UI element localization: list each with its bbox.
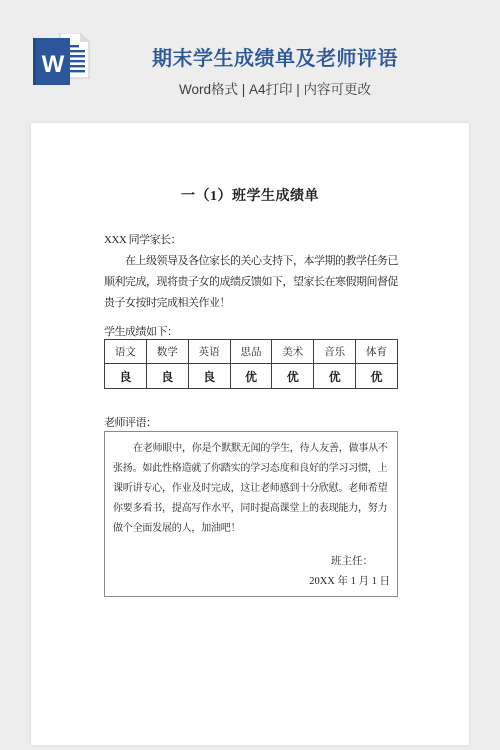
grade-value-cell: 优: [356, 364, 398, 389]
grade-value-cell: 优: [314, 364, 356, 389]
salutation: XXX 同学家长：: [104, 230, 398, 251]
document-page: 一（1）班学生成绩单 XXX 同学家长： 在上级领导及各位家长的关心支持下，本学…: [31, 123, 469, 745]
grades-value-row: 良 良 良 优 优 优 优: [105, 364, 398, 389]
grades-table: 语文 数学 英语 思品 美术 音乐 体育 良 良 良 优 优 优 优: [104, 339, 398, 389]
grades-header-cell: 语文: [105, 340, 147, 364]
word-icon: W: [33, 33, 91, 85]
format-info: Word格式 | A4打印 | 内容可更改: [96, 78, 454, 98]
grade-value-cell: 优: [272, 364, 314, 389]
grades-header-cell: 数学: [146, 340, 188, 364]
comment-text: 在老师眼中，你是个默默无闻的学生，待人友善，做事从不张扬。如此性格造就了你踏实的…: [105, 432, 397, 539]
letter-paragraph: 在上级领导及各位家长的关心支持下，本学期的教学任务已顺利完成，现将贵子女的成绩反…: [104, 251, 398, 314]
signature-block: 班主任： 20XX 年 1 月 1 日: [309, 552, 397, 592]
grade-value-cell: 良: [105, 364, 147, 389]
svg-text:W: W: [42, 51, 65, 78]
grades-header-cell: 美术: [272, 340, 314, 364]
grades-header-row: 语文 数学 英语 思品 美术 音乐 体育: [105, 340, 398, 364]
header: W 期末学生成绩单及老师评语 Word格式 | A4打印 | 内容可更改: [0, 0, 500, 123]
grades-header-cell: 英语: [188, 340, 230, 364]
header-text: 期末学生成绩单及老师评语 Word格式 | A4打印 | 内容可更改: [96, 42, 454, 98]
grades-label: 学生成绩如下：: [104, 323, 178, 339]
signature-date: 20XX 年 1 月 1 日: [309, 572, 397, 592]
grades-header-cell: 体育: [356, 340, 398, 364]
grades-header-cell: 思品: [230, 340, 272, 364]
comments-label: 老师评语：: [104, 414, 157, 430]
comment-box: 在老师眼中，你是个默默无闻的学生，待人友善，做事从不张扬。如此性格造就了你踏实的…: [104, 431, 398, 597]
grade-value-cell: 良: [188, 364, 230, 389]
grade-value-cell: 优: [230, 364, 272, 389]
document-title: 一（1）班学生成绩单: [31, 185, 469, 205]
letter-body: XXX 同学家长： 在上级领导及各位家长的关心支持下，本学期的教学任务已顺利完成…: [104, 230, 398, 314]
grades-header-cell: 音乐: [314, 340, 356, 364]
signature-label: 班主任：: [309, 552, 397, 572]
page-title: 期末学生成绩单及老师评语: [96, 42, 454, 71]
grade-value-cell: 良: [146, 364, 188, 389]
